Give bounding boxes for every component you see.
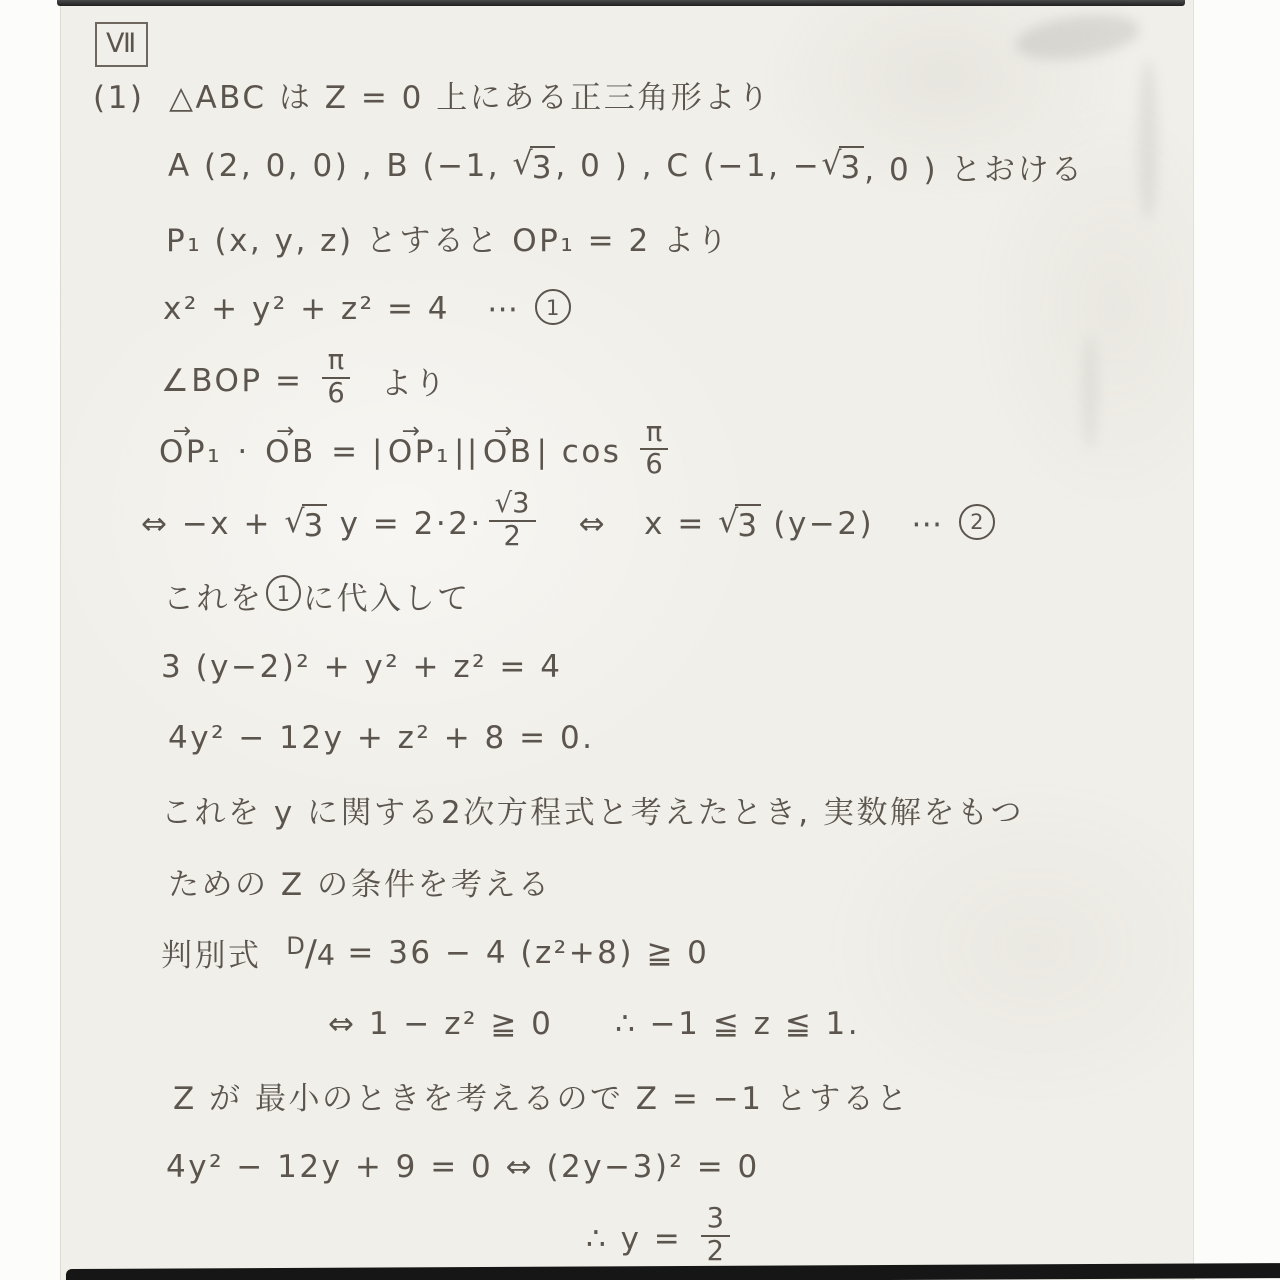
text: | cos — [537, 434, 634, 470]
fraction: π6 — [322, 347, 350, 408]
circled-number: 1 — [535, 289, 571, 325]
fraction: 32 — [701, 1205, 730, 1266]
text: ∠BOP = — [161, 363, 316, 399]
text: y = 2·2· — [327, 506, 483, 542]
line-quadratic-note-1: これを y に関する2次方程式と考えたとき, 実数解をもつ — [60, 774, 1192, 846]
text: ∴ y = — [586, 1221, 695, 1257]
text: = | — [319, 434, 385, 470]
line-dot-product: →OP₁ · →OB = |→OP₁||→OB| cos π6 — [60, 417, 1192, 489]
text: Z が 最小のときを考えるので Z = −1 とすると — [173, 1073, 910, 1118]
line-point-coordinates: A (2, 0, 0) , B (−1, √3, 0 ) , C (−1, −√… — [60, 131, 1192, 203]
slash-fraction: D/4 — [286, 932, 335, 974]
line-z-min-note: Z が 最小のときを考えるので Z = −1 とすると — [60, 1060, 1192, 1132]
vector: →OB — [265, 434, 316, 470]
vector: →OP₁ — [159, 434, 222, 470]
text: || — [454, 434, 480, 470]
square-root: √3 — [513, 146, 556, 186]
line-equation-2: ⇔ −x + √3 y = 2·2·√32 ⇔ x = √3 (y−2) ⋯ 2 — [60, 488, 1192, 560]
text: , 0 ) とおける — [864, 144, 1084, 189]
fraction: √32 — [489, 490, 536, 551]
text: · — [225, 434, 262, 470]
line-substitute-note: これを1に代入して — [60, 560, 1192, 632]
text: x² + y² + z² = 4 ⋯ — [163, 291, 533, 327]
handwritten-solution: (1) △ABC は Z = 0 上にある正三角形よりA (2, 0, 0) ,… — [60, 59, 1192, 1275]
text: A (2, 0, 0) , B (−1, — [168, 148, 513, 184]
text: 4y² − 12y + 9 = 0 ⇔ (2y−3)² = 0 — [166, 1149, 760, 1185]
square-root: √3 — [821, 146, 864, 186]
scan-edge-top — [57, 0, 1185, 6]
line-quadratic-equation: 4y² − 12y + z² + 8 = 0. — [60, 703, 1192, 775]
circled-number: 1 — [266, 575, 302, 611]
line-angle-condition: ∠BOP = π6 より — [60, 345, 1192, 417]
line-p1-definition: P₁ (x, y, z) とすると OP₁ = 2 より — [60, 202, 1192, 274]
line-z-range: ⇔ 1 − z² ≧ 0 ∴ −1 ≦ z ≦ 1. — [60, 989, 1192, 1061]
text: ための Z の条件を考える — [168, 859, 551, 904]
line-substituted-equation: 3 (y−2)² + y² + z² = 4 — [60, 631, 1192, 703]
text: 判別式 — [161, 930, 286, 975]
fraction: π6 — [640, 419, 668, 480]
text: に代入して — [303, 573, 471, 618]
text: P₁ (x, y, z) とすると OP₁ = 2 より — [166, 215, 730, 260]
text: (1) △ABC は Z = 0 上にある正三角形より — [93, 72, 771, 117]
text: 4y² − 12y + z² + 8 = 0. — [168, 720, 595, 756]
line-quadratic-note-2: ための Z の条件を考える — [60, 846, 1192, 918]
text: ⇔ 1 − z² ≧ 0 ∴ −1 ≦ z ≦ 1. — [328, 1006, 860, 1042]
problem-number: Ⅶ — [106, 28, 137, 59]
square-root: √3 — [284, 504, 327, 544]
vector-arrow-icon: → — [173, 419, 191, 444]
circled-number: 2 — [959, 504, 995, 540]
text: 3 (y−2)² + y² + z² = 4 — [161, 649, 562, 685]
square-root: √3 — [718, 504, 761, 544]
text: = 36 − 4 (z²+8) ≧ 0 — [335, 935, 709, 971]
vector: →OP₁ — [388, 434, 451, 470]
text: より — [356, 358, 448, 403]
vector-arrow-icon: → — [494, 419, 512, 444]
line-problem-part-1: (1) △ABC は Z = 0 上にある正三角形より — [60, 59, 1192, 131]
vector: →OB — [483, 434, 534, 470]
vector-arrow-icon: → — [402, 419, 420, 444]
text: (y−2) ⋯ — [761, 506, 957, 542]
line-equation-1: x² + y² + z² = 4 ⋯ 1 — [60, 274, 1192, 346]
text: これを — [163, 573, 264, 618]
text: , 0 ) , C (−1, − — [555, 148, 821, 184]
text: これを y に関する2次方程式と考えたとき, 実数解をもつ — [161, 787, 1024, 832]
vector-arrow-icon: → — [276, 419, 294, 444]
text: ⇔ −x + — [141, 506, 284, 542]
line-discriminant: 判別式 D/4 = 36 − 4 (z²+8) ≧ 0 — [60, 917, 1192, 989]
text: ⇔ x = — [542, 506, 719, 542]
line-factored-equation: 4y² − 12y + 9 = 0 ⇔ (2y−3)² = 0 — [60, 1132, 1192, 1204]
